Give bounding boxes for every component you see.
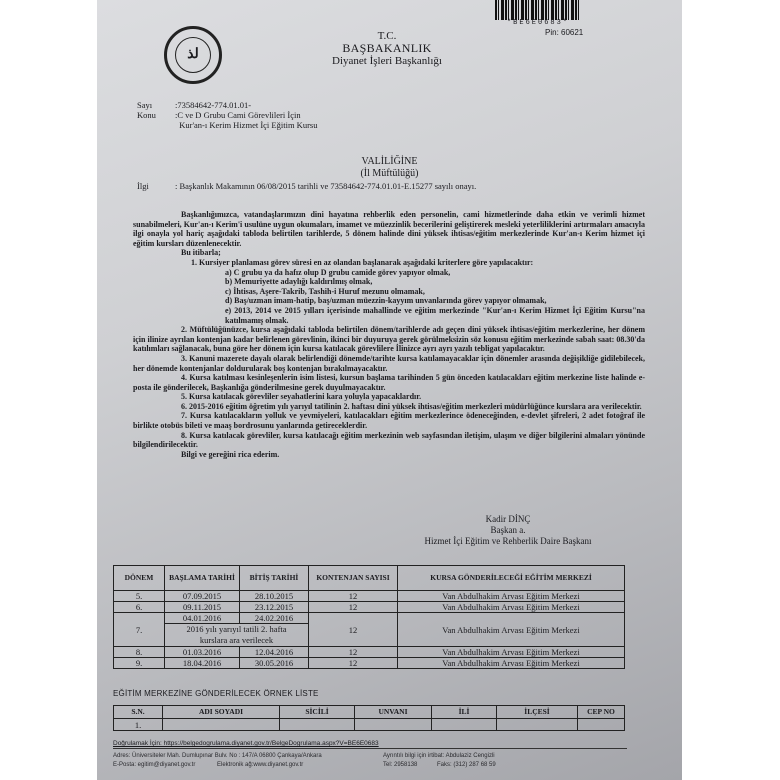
center-cell: Van Abdulhakim Arvası Eğitim Merkezi <box>398 591 625 602</box>
schedule-table: DÖNEM BAŞLAMA TARİHİ BİTİŞ TARİHİ KONTEN… <box>113 565 625 669</box>
donem-cell: 8. <box>114 647 165 658</box>
col-bitis: BİTİŞ TARİHİ <box>240 566 309 591</box>
item-1: 1. Kursiyer planlaması görev süresi en a… <box>133 258 645 268</box>
item-6: 6. 2015-2016 eğitim öğretim yılı yarıyıl… <box>133 402 645 412</box>
unvan-cell <box>355 719 432 731</box>
start-date-cell: 09.11.2015 <box>165 602 240 613</box>
break-note-cell: 2016 yılı yarıyıl tatili 2. hafta kursla… <box>165 624 309 647</box>
sample-list-table: S.N. ADI SOYADI SİCİLİ UNVANI İLİ İLÇESİ… <box>113 705 625 731</box>
sayi-value: :73584642-774.01.01- <box>175 100 251 110</box>
quota-cell: 12 <box>309 591 398 602</box>
col-baslama: BAŞLAMA TARİHİ <box>165 566 240 591</box>
criteria-d: d) Baş/uzman imam-hatip, baş/uzman müezz… <box>133 296 645 306</box>
il-cell <box>432 719 497 731</box>
table-row: 9. 18.04.2016 30.05.2016 12 Van Abdulhak… <box>114 658 625 669</box>
col-ilcesi: İLÇESİ <box>497 706 578 719</box>
letter-body: Başkanlığımızca, vatandaşlarımızın dini … <box>133 210 645 459</box>
col-egitim-merkezi: KURSA GÖNDERİLECEĞİ EĞİTİM MERKEZİ <box>398 566 625 591</box>
col-ili: İLİ <box>432 706 497 719</box>
footer-fax: Faks: (312) 287 68 59 <box>437 761 496 770</box>
col-unvani: UNVANI <box>355 706 432 719</box>
sample-list-title: EĞİTİM MERKEZİNE GÖNDERİLECEK ÖRNEK LİST… <box>113 689 319 698</box>
closing: Bilgi ve gereğini rica ederim. <box>133 450 645 460</box>
addressee-title: VALİLİĞİNE <box>97 156 682 167</box>
document-page: ﻟﺬ T.C. BAŞBAKANLIK Diyanet İşleri Başka… <box>97 0 682 780</box>
end-date-cell: 23.12.2015 <box>240 602 309 613</box>
col-sn: S.N. <box>114 706 163 719</box>
ilgi-label: İlgi <box>137 181 175 191</box>
start-date-cell: 04.01.2016 <box>165 613 240 624</box>
footer-web: Elektronik ağ:www.diyanet.gov.tr <box>217 761 303 770</box>
start-date-cell: 07.09.2015 <box>165 591 240 602</box>
col-adi-soyadi: ADI SOYADI <box>163 706 280 719</box>
ilgi-value: : Başkanlık Makamının 06/08/2015 tarihli… <box>175 181 476 191</box>
konu-value-2: Kur'an-ı Kerim Hizmet İçi Eğitim Kursu <box>179 120 317 130</box>
donem-cell: 9. <box>114 658 165 669</box>
end-date-cell: 12.04.2016 <box>240 647 309 658</box>
footer-tel: Tel: 2958138 <box>383 761 417 770</box>
donem-cell: 5. <box>114 591 165 602</box>
table-row: 5. 07.09.2015 28.10.2015 12 Van Abdulhak… <box>114 591 625 602</box>
start-date-cell: 18.04.2016 <box>165 658 240 669</box>
logo-emblem-icon: ﻟﺬ <box>175 37 211 73</box>
phone-cell <box>578 719 625 731</box>
name-cell <box>163 719 280 731</box>
signatory-title-1: Başkan a. <box>373 525 643 536</box>
table-row: 8. 01.03.2016 12.04.2016 12 Van Abdulhak… <box>114 647 625 658</box>
item-5: 5. Kursa katılacak görevliler seyahatler… <box>133 392 645 402</box>
sicil-cell <box>280 719 355 731</box>
criteria-e: e) 2013, 2014 ve 2015 yılları içerisinde… <box>133 306 645 325</box>
table-row: 1. <box>114 719 625 731</box>
donem-cell: 6. <box>114 602 165 613</box>
ilce-cell <box>497 719 578 731</box>
quota-cell: 12 <box>309 647 398 658</box>
barcode <box>495 0 581 20</box>
header-ministry: BAŞBAKANLIK <box>267 42 507 55</box>
pin-number: Pin: 60621 <box>545 28 583 37</box>
konu-label: Konu <box>137 110 175 120</box>
item-2: 2. Müftülüğünüzce, kursa aşağıdaki tablo… <box>133 325 645 354</box>
sample-header-row: S.N. ADI SOYADI SİCİLİ UNVANI İLİ İLÇESİ… <box>114 706 625 719</box>
addressee-subtitle: (İl Müftülüğü) <box>97 168 682 179</box>
item-8: 8. Kursa katılacak görevliler, kursa kat… <box>133 431 645 450</box>
header-department: Diyanet İşleri Başkanlığı <box>267 55 507 68</box>
footer-email: E-Posta: egitim@diyanet.gov.tr <box>113 761 195 770</box>
signatory-title-2: Hizmet İçi Eğitim ve Rehberlik Daire Baş… <box>373 536 643 547</box>
center-cell: Van Abdulhakim Arvası Eğitim Merkezi <box>398 658 625 669</box>
center-cell: Van Abdulhakim Arvası Eğitim Merkezi <box>398 647 625 658</box>
item-3-rest: her dönemde kontenjanlar doldurularak bo… <box>133 364 387 373</box>
barcode-text: *BE6E0683* <box>495 19 581 27</box>
col-cep-no: CEP NO <box>578 706 625 719</box>
item-3-bold: 3. Kanuni mazerete dayalı olarak belirle… <box>181 354 645 363</box>
document-meta: Sayı:73584642-774.01.01- Konu:C ve D Gru… <box>137 100 317 130</box>
schedule-header-row: DÖNEM BAŞLAMA TARİHİ BİTİŞ TARİHİ KONTEN… <box>114 566 625 591</box>
sayi-label: Sayı <box>137 100 175 110</box>
col-sicili: SİCİLİ <box>280 706 355 719</box>
sn-cell: 1. <box>114 719 163 731</box>
end-date-cell: 24.02.2016 <box>240 613 309 624</box>
item-3: 3. Kanuni mazerete dayalı olarak belirle… <box>133 354 645 373</box>
table-row: 7. 04.01.2016 24.02.2016 12 Van Abdulhak… <box>114 613 625 624</box>
footer-address: Adres: Üniversiteler Mah. Dumlupınar Bul… <box>113 752 322 761</box>
item-7: 7. Kursa katılacakların yolluk ve yevmiy… <box>133 411 645 430</box>
center-cell: Van Abdulhakim Arvası Eğitim Merkezi <box>398 602 625 613</box>
item-4: 4. Kursa katılması kesinleşenlerin isim … <box>133 373 645 392</box>
table-row: 6. 09.11.2015 23.12.2015 12 Van Abdulhak… <box>114 602 625 613</box>
donem-cell: 7. <box>114 613 165 647</box>
col-kontenjan: KONTENJAN SAYISI <box>309 566 398 591</box>
criteria-c: c) İhtisas, Aşere-Takrib, Tashih-i Huruf… <box>133 287 645 297</box>
signature-block: Kadir DİNÇ Başkan a. Hizmet İçi Eğitim v… <box>373 514 643 547</box>
center-cell: Van Abdulhakim Arvası Eğitim Merkezi <box>398 613 625 647</box>
quota-cell: 12 <box>309 602 398 613</box>
criteria-a: a) C grubu ya da hafız olup D grubu cami… <box>133 268 645 278</box>
diyanet-logo: ﻟﺬ <box>164 26 222 84</box>
quota-cell: 12 <box>309 613 398 647</box>
konu-value-1: :C ve D Grubu Cami Görevlileri İçin <box>175 110 301 120</box>
col-donem: DÖNEM <box>114 566 165 591</box>
end-date-cell: 30.05.2016 <box>240 658 309 669</box>
quota-cell: 12 <box>309 658 398 669</box>
criteria-b: b) Memuriyette adaylığı kaldırılmış olma… <box>133 277 645 287</box>
end-date-cell: 28.10.2015 <box>240 591 309 602</box>
ilgi-line: İlgi: Başkanlık Makamının 06/08/2015 tar… <box>137 181 476 191</box>
footer-contact: Ayrıntılı bilgi için irtibat: Abdulaziz … <box>383 752 495 761</box>
intro-paragraph: Başkanlığımızca, vatandaşlarımızın dini … <box>133 210 645 248</box>
signatory-name: Kadir DİNÇ <box>373 514 643 525</box>
bu-itibarla: Bu itibarla; <box>133 248 645 258</box>
verification-link[interactable]: Doğrulamak İçin: https://belgedogrulama.… <box>113 740 627 749</box>
start-date-cell: 01.03.2016 <box>165 647 240 658</box>
